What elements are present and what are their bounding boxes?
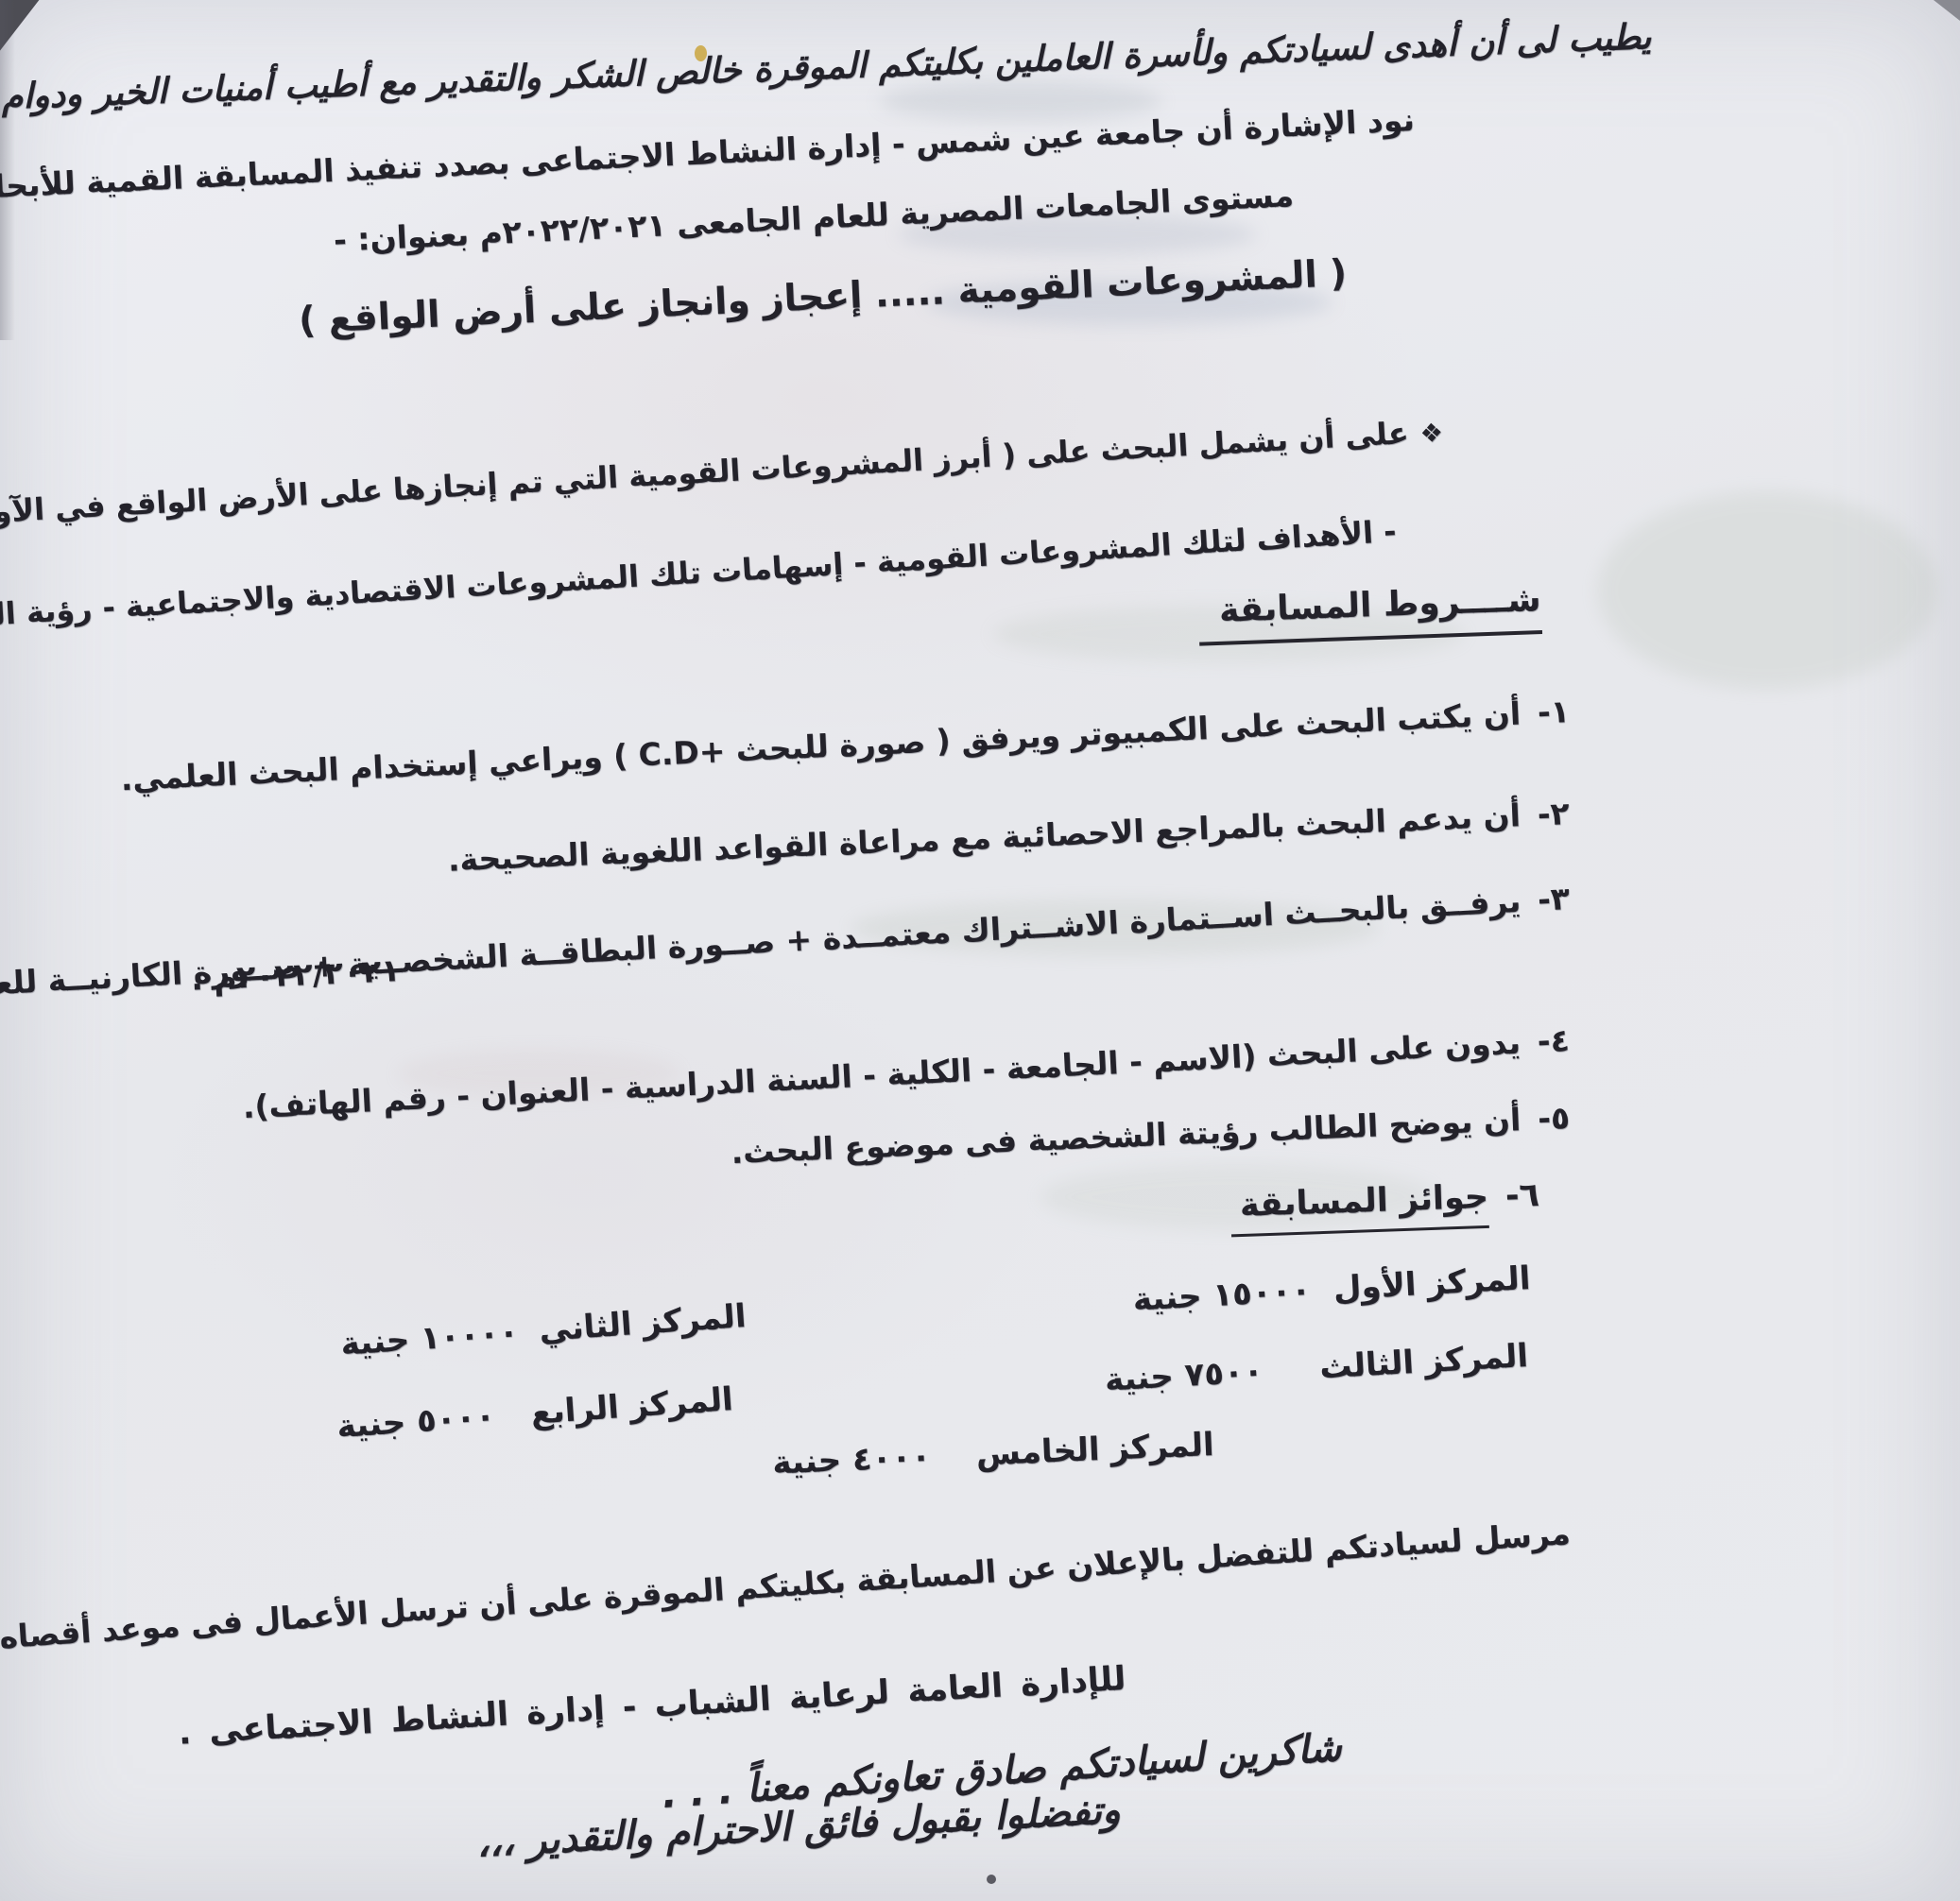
prize-amount: ١٥٠٠٠ جنية xyxy=(1131,1272,1311,1319)
item-number: ٤- xyxy=(1537,1021,1571,1060)
research-scope-line2: - الأهداف لتلك المشروعات القومية - إسهام… xyxy=(0,512,1397,662)
ink-bleed-artifact xyxy=(1597,491,1937,690)
item-text: أن يكتب البحث على الكمبيوتر ويرفق ( صورة… xyxy=(120,694,1522,797)
prize-amount: ٥٠٠٠ جنية xyxy=(335,1397,496,1447)
prize-fourth-place: المركز الرابع٥٠٠٠ جنية xyxy=(335,1379,734,1447)
conditions-heading-text: شــــروط المسابقة xyxy=(1198,578,1543,646)
condition-item-1: ١-أن يكتب البحث على الكمبيوتر ويرفق ( صو… xyxy=(120,692,1571,799)
item-number: ٥- xyxy=(1537,1099,1570,1137)
prize-first-place: المركز الأول١٥٠٠٠ جنية xyxy=(1131,1259,1531,1320)
item-number: ٦- xyxy=(1504,1176,1539,1215)
prize-rank: المركز الثاني xyxy=(538,1297,748,1349)
closing-paragraph-line1: مرسل لسيادتكم للتفضل بالإعلان عن المسابق… xyxy=(0,1514,1572,1671)
competition-title: ( المشروعات القومية ..... إعجاز وانجاز ع… xyxy=(298,251,1348,345)
conditions-heading: شــــروط المسابقة xyxy=(1198,578,1543,646)
prize-amount: ٤٠٠٠ جنية xyxy=(772,1438,932,1482)
item-number: ٢- xyxy=(1537,795,1570,832)
prizes-heading-text: جوائز المسابقة xyxy=(1229,1177,1489,1237)
condition-item-2: ٢-أن يدعم البحث بالمراجع الاحصائية مع مر… xyxy=(447,794,1571,880)
item-number: ١- xyxy=(1537,693,1571,731)
prize-rank: المركز الرابع xyxy=(529,1380,734,1432)
prize-rank: المركز الخامس xyxy=(975,1426,1214,1474)
item-text: أن يدعم البحث بالمراجع الاحصائية مع مراع… xyxy=(447,796,1522,879)
prize-fifth-place: المركز الخامس٤٠٠٠ جنية xyxy=(772,1425,1215,1483)
condition-item-3-continuation: ٢٠٢٢/٢٠٢١م . xyxy=(190,950,401,999)
prize-amount: ٧٥٠٠ جنية xyxy=(1104,1352,1264,1399)
scan-corner-mark xyxy=(1934,0,1960,21)
intro-paragraph-line2: مستوى الجامعات المصرية للعام الجامعى ٢٠٢… xyxy=(333,176,1295,260)
closing-paragraph-line2: للإدارة العامة لرعاية الشباب - إدارة الن… xyxy=(178,1659,1127,1755)
condition-item-5: ٥-أن يوضح الطالب رؤيتة الشخصية فى موضوع … xyxy=(731,1098,1571,1172)
prizes-heading: ٦-جوائز المسابقة xyxy=(1229,1175,1540,1237)
diamond-bullet-icon: ❖ xyxy=(1419,419,1444,449)
prize-rank: المركز الثالث xyxy=(1318,1337,1529,1387)
scanned-letter-page: يطيب لى أن أهدى لسيادتكم ولأسرة العاملين… xyxy=(0,0,1960,1901)
item-text: أن يوضح الطالب رؤيتة الشخصية فى موضوع ال… xyxy=(731,1101,1522,1171)
scan-dot-mark xyxy=(987,1875,996,1884)
prize-second-place: المركز الثاني١٠٠٠٠ جنية xyxy=(339,1296,748,1364)
item-number: ٣- xyxy=(1537,880,1571,918)
prize-amount: ١٠٠٠٠ جنية xyxy=(339,1313,520,1363)
prize-rank: المركز الأول xyxy=(1332,1259,1532,1308)
prize-third-place: المركز الثالث٧٥٠٠ جنية xyxy=(1104,1336,1529,1400)
